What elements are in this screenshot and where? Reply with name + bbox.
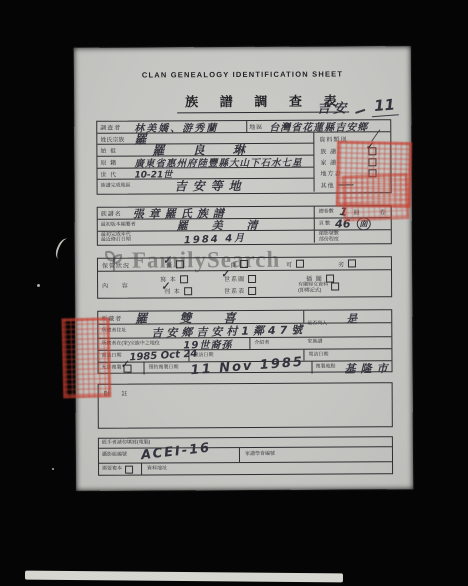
page-number-handwriting: 11: [370, 95, 398, 117]
document-sheet: CLAN GENEALOGY IDENTIFICATION SHEET 族 譜 …: [74, 46, 413, 491]
date-value: 1984 4月: [184, 228, 247, 245]
notes-table: 附 註: [98, 382, 393, 429]
checkbox: [184, 287, 192, 295]
pages-label: 頁 數: [315, 221, 330, 227]
category-option-label: 族 譜: [320, 147, 337, 156]
copy-place-value: 基隆市: [344, 360, 392, 376]
checkbox: [125, 465, 133, 473]
ancestor-label: 始 祖: [97, 146, 134, 155]
page-area-handwriting: 吉安: [317, 97, 349, 116]
condition-option-label: 劣: [338, 259, 345, 268]
clan-label: 姓氏宗族: [97, 134, 134, 143]
red-seal-stamp: [62, 317, 112, 398]
check-mark: ✓: [160, 281, 170, 293]
society-number-label: 家譜學會編號: [245, 452, 275, 458]
checkbox: [296, 260, 304, 268]
microfilm-frame: CLAN GENEALOGY IDENTIFICATION SHEET 族 譜 …: [0, 0, 468, 586]
completion-area-value: 吉安等地: [175, 177, 247, 194]
origin-label: 原 籍: [97, 158, 134, 167]
generation-label: 世 代: [97, 169, 134, 178]
familysearch-tree-icon: [101, 248, 127, 274]
checkbox: [248, 286, 256, 294]
editor-label: 最初版本編纂者: [98, 222, 149, 228]
check-mark: ✓: [120, 359, 130, 371]
tick-mark: [355, 108, 365, 113]
introducer-label: 介紹者: [254, 341, 269, 347]
holder-table: 所藏者 羅 雙 喜 是否列入家族譜 是 所藏者住址 吉安鄉吉安村1鄰47號 所藏…: [97, 309, 392, 374]
checkbox: [348, 259, 356, 267]
film-speck: [52, 468, 54, 470]
category-option-label: 家 譜: [320, 158, 337, 167]
region-label: 地區: [247, 122, 269, 131]
content-option-sublabel: (即傳記式): [298, 288, 328, 294]
film-number-label: 攝影組編號: [99, 453, 142, 459]
familysearch-watermark: FamilySearch: [101, 247, 280, 274]
red-seal-stamp: [342, 173, 410, 222]
data-address-label: 資料地址: [147, 466, 167, 472]
content-option-label: 世系表: [224, 286, 245, 295]
film-scratch: [53, 237, 73, 262]
completion-area-label: 族譜完成地區: [98, 183, 145, 189]
checkbox: [180, 275, 188, 283]
office-table: 經手者請勿填寫(電腦) 攝影組編號 ACEI-16 家譜學會編號 需要複本 資料…: [98, 436, 393, 476]
film-speck: [37, 284, 40, 287]
date-label-2: 最近修訂日期: [101, 237, 149, 243]
micro-label-2: 部份程度: [319, 237, 339, 243]
copy-date-label: 預約複製日期: [149, 365, 179, 371]
watermark-text: FamilySearch: [132, 247, 280, 274]
volumes-label: 總卷數: [315, 209, 334, 215]
category-option-label: 其他: [321, 181, 335, 190]
checkbox: [331, 282, 339, 290]
office-instruction: 經手者請勿填寫(電腦): [99, 440, 150, 446]
revisit-label: 重訪日期: [193, 353, 213, 359]
copy-place-label: 複製地點: [316, 365, 336, 371]
generation-value: 10-21世: [134, 167, 172, 180]
position-label: 所藏者在(家)宗族中之地位: [98, 341, 183, 347]
english-title: CLAN GENEALOGY IDENTIFICATION SHEET: [74, 69, 411, 80]
title-label: 族譜名: [98, 209, 133, 218]
interview-value: 1985 Oct 24: [129, 348, 197, 363]
page-annotation: 吉安 11: [317, 96, 398, 116]
surveyor-label: 調查者: [97, 123, 134, 132]
condition-option-label: 可: [286, 259, 293, 268]
content-label: 內 容: [98, 280, 144, 289]
copy-needed-label: 需要複本: [99, 466, 122, 472]
phone-label: 電訪日期: [308, 353, 328, 359]
next-frame-edge: [25, 571, 343, 583]
checkbox: [248, 274, 256, 282]
